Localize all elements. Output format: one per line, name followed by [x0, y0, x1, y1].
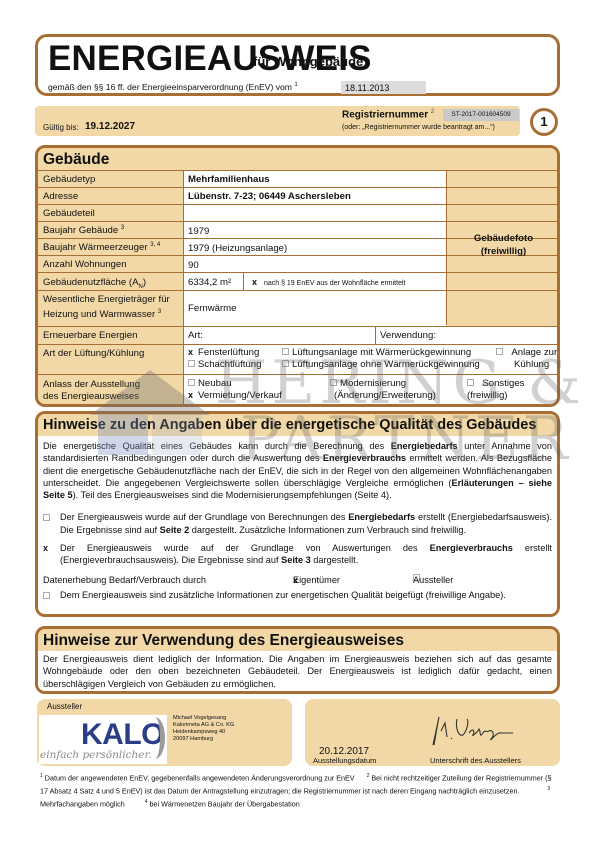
registration-bar: Gültig bis: 19.12.2027 Registriernummer … [35, 106, 520, 136]
text: dargestellt. Zusätzliche Informationen z… [189, 525, 466, 535]
row-issue-reason: Anlass der Ausstellungdes Energieausweis… [38, 374, 557, 407]
signature-box: 20.12.2017 Ausstellungsdatum Unterschrif… [305, 699, 560, 766]
option-additional-info[interactable]: Dem Energieausweis sind zusätzliche Info… [43, 589, 552, 601]
option-consumption-certificate[interactable]: xDer Energieausweis wurde auf der Grundl… [43, 542, 552, 567]
renewable-type: Art: [183, 327, 375, 344]
kalo-logo: KALO einfach persönlicher. [39, 715, 167, 764]
issuer-label: Aussteller [47, 702, 82, 711]
checkbox-unchecked[interactable] [467, 379, 474, 386]
row-label: Anlass der Ausstellungdes Energieausweis… [43, 379, 140, 403]
certificate-header: ENERGIEAUSWEIS für Wohngebäude gemäß den… [35, 34, 560, 96]
reason-options: Neubau xVermietung/Verkauf Modernisierun… [183, 375, 560, 407]
footnote-ref: 3, 4 [150, 242, 160, 248]
option-shaft-ventilation[interactable]: Schachtlüftung [188, 359, 261, 371]
checkbox-unchecked[interactable] [282, 348, 289, 355]
option-text: Anlage zur [511, 347, 557, 358]
footnote-4: bei Wärmenetzen Baujahr der Übergabestat… [149, 799, 299, 808]
option-ventilation-without-recovery[interactable]: Lüftungsanlage ohne Wärmerückgewinnung [282, 359, 480, 371]
label-text: Baujahr Gebäude [43, 225, 118, 236]
label-text: Baujahr Wärmeerzeuger [43, 242, 148, 253]
registration-number: ST-2017-001604509 [443, 109, 519, 121]
row-ventilation: Art der Lüftung/Kühlung xFensterlüftung … [38, 344, 557, 374]
option-text: Lüftungsanlage ohne Wärmerückgewinnung [292, 359, 480, 370]
issue-date-label: Ausstellungsdatum [313, 756, 376, 765]
text: Der Energieausweis wurde auf der Grundla… [60, 512, 348, 522]
registration-hint: (oder: „Registriernummer wurde beantragt… [342, 124, 495, 131]
building-photo-placeholder: Gebäudefoto(freiwillig) [446, 170, 560, 325]
photo-label: Gebäudefoto [474, 233, 533, 244]
valid-until-value: 19.12.2027 [85, 121, 135, 132]
registration-label-text: Registriernummer [342, 109, 428, 120]
quality-notes-title: Hinweise zu den Angaben über die energet… [38, 414, 557, 436]
row-label: Anzahl Wohnungen [43, 259, 127, 270]
issuer-address: Michael Vogelgesang Kalorimeta AG & Co. … [173, 715, 234, 743]
usage-notes-section: Hinweise zur Verwendung des Energieauswe… [35, 626, 560, 694]
signature-icon [425, 709, 515, 749]
row-value: Lübenstr. 7-23; 06449 Aschersleben [183, 188, 446, 204]
option-other-sub: (freiwillig) [467, 390, 508, 402]
law-reference: gemäß den §§ 16 ff. der Energieeinsparve… [48, 82, 298, 92]
row-value: Fernwärme [183, 291, 446, 326]
checkbox-checked[interactable]: x [252, 277, 259, 287]
floor-area-value: 6334,2 m² [183, 273, 243, 290]
option-text: Modernisierung [340, 378, 406, 389]
option-ventilation-with-recovery[interactable]: Lüftungsanlage mit Wärmerückgewinnung [282, 347, 471, 359]
checkbox-unchecked[interactable] [188, 360, 195, 367]
issuer-box: Aussteller KALO einfach persönlicher. Mi… [37, 699, 292, 766]
option-text: Schachtlüftung [198, 359, 261, 370]
option-text: Fensterlüftung [198, 347, 259, 358]
option-other[interactable]: Sonstiges [467, 378, 524, 390]
checkbox-unchecked[interactable] [43, 592, 50, 599]
quality-notes-body: Die energetische Qualität eines Gebäudes… [38, 436, 557, 614]
emphasis: Energiebedarfs [348, 512, 415, 522]
option-cooling-label: Kühlung [514, 359, 549, 371]
data-collection-label: Datenerhebung Bedarf/Verbrauch durch [43, 574, 206, 586]
footnote-marker: 1 [40, 773, 43, 779]
footnotes: 1 Datum der angewendeten EnEV, gegebenen… [40, 771, 560, 810]
signature-label: Unterschrift des Ausstellers [430, 756, 521, 765]
option-window-ventilation[interactable]: xFensterlüftung [188, 347, 259, 359]
certificate-subtitle: für Wohngebäude [253, 54, 363, 69]
footnote-ref: 3 [158, 309, 161, 315]
checkbox-unchecked[interactable] [330, 379, 337, 386]
data-collection-row: Datenerhebung Bedarf/Verbrauch durch xEi… [43, 574, 552, 586]
row-value [183, 205, 446, 221]
emphasis: Seite 2 [160, 525, 190, 535]
footnote-marker: 2 [367, 773, 370, 779]
label-text: Wesentliche Energieträger für [43, 294, 170, 305]
row-value: Mehrfamilienhaus [183, 171, 446, 187]
method-text: nach § 19 EnEV aus der Wohnfläche ermitt… [264, 280, 406, 287]
option-text: Lüftungsanlage mit Wärmerückgewinnung [292, 347, 471, 358]
row-label: Wesentliche Energieträger fürHeizung und… [43, 294, 170, 321]
text: Dem Energieausweis sind zusätzliche Info… [60, 590, 506, 600]
emphasis: Seite 3 [281, 555, 311, 565]
valid-until-label: Gültig bis: [43, 123, 79, 132]
row-value: 1979 [183, 222, 446, 238]
checkbox-unchecked[interactable] [282, 360, 289, 367]
label-text: Anlass der Ausstellung [43, 379, 140, 390]
address-line: Michael Vogelgesang [173, 715, 234, 722]
text: Die energetische Qualität eines Gebäudes… [43, 441, 391, 451]
label-text: des Energieausweises [43, 391, 139, 402]
option-modernization-sub: (Änderung/Erweiterung) [334, 390, 436, 402]
option-rent-sale[interactable]: xVermietung/Verkauf [188, 390, 282, 402]
building-section-title: Gebäude [38, 148, 557, 170]
emphasis: Energiebedarfs [391, 441, 458, 451]
footnote-marker: 3 [547, 786, 550, 792]
page-number-badge: 1 [530, 108, 558, 136]
ventilation-options: xFensterlüftung Lüftungsanlage mit Wärme… [183, 345, 560, 374]
text: Der Energieausweis wurde auf der Grundla… [60, 543, 430, 553]
row-label: Art der Lüftung/Kühlung [43, 348, 144, 359]
law-text: gemäß den §§ 16 ff. der Energieeinsparve… [48, 82, 292, 92]
checkbox-unchecked[interactable] [496, 348, 503, 355]
option-modernization[interactable]: Modernisierung [330, 378, 406, 390]
emphasis: Energieverbrauchs [323, 453, 406, 463]
option-text: Neubau [198, 378, 232, 389]
row-value: 1979 (Heizungsanlage) [183, 239, 446, 255]
text: dargestellt. [311, 555, 359, 565]
row-label: Adresse [43, 191, 78, 202]
label-text: Heizung und Warmwasser [43, 309, 155, 320]
footnote-ref: 1 [294, 82, 297, 88]
checkbox-checked[interactable]: x [43, 542, 50, 554]
address-line: Heidenkampsweg 40 [173, 729, 234, 736]
usage-notes-body: Der Energieausweis dient lediglich der I… [38, 651, 557, 691]
row-label: Gebäudenutzfläche (AN) [43, 277, 146, 290]
law-date-field: 18.11.2013 [341, 81, 426, 94]
logo-slogan: einfach persönlicher. [40, 749, 152, 761]
footnote-1: Datum der angewendeten EnEV, gegebenenfa… [45, 773, 355, 782]
option-text: Aussteller [413, 574, 453, 586]
row-label: Baujahr Gebäude 3 [43, 225, 124, 236]
footnote-3: Mehrfachangaben möglich [40, 799, 125, 808]
checkbox-checked[interactable]: x [188, 390, 195, 402]
building-section: Gebäude Gebäudetyp Mehrfamilienhaus Adre… [35, 145, 560, 407]
option-demand-certificate[interactable]: Der Energieausweis wurde auf der Grundla… [43, 511, 552, 536]
footnote-ref: 3 [121, 225, 124, 231]
label-text: Gebäudenutzfläche (A [43, 277, 138, 288]
text: ). Teil des Energieausweises sind die Mo… [73, 490, 392, 500]
registration-label: Registriernummer 2 [342, 109, 434, 120]
row-label: Erneuerbare Energien [43, 330, 137, 341]
checkbox-unchecked[interactable] [188, 379, 195, 386]
floor-area-method: x nach § 19 EnEV aus der Wohnfläche ermi… [243, 273, 446, 290]
option-cooling-system[interactable]: Anlage zur [496, 347, 557, 359]
row-label: Baujahr Wärmeerzeuger 3, 4 [43, 242, 160, 253]
address-line: 20097 Hamburg [173, 736, 234, 743]
renewable-use: Verwendung: [375, 327, 560, 344]
row-renewable: Erneuerbare Energien Art: Verwendung: [38, 326, 557, 344]
address-line: Kalorimeta AG & Co. KG [173, 722, 234, 729]
option-text: Vermietung/Verkauf [198, 390, 282, 401]
emphasis: Energieverbrauchs [430, 543, 513, 553]
label-end: ) [143, 277, 146, 288]
photo-label-optional: (freiwillig) [481, 246, 526, 257]
option-new-building[interactable]: Neubau [188, 378, 232, 390]
row-value: 90 [183, 256, 446, 272]
quality-notes-section: Hinweise zu den Angaben über die energet… [35, 411, 560, 617]
row-label: Gebäudeteil [43, 208, 95, 219]
checkbox-unchecked[interactable] [43, 514, 50, 521]
usage-notes-title: Hinweise zur Verwendung des Energieauswe… [38, 629, 557, 651]
row-label: Gebäudetyp [43, 174, 95, 185]
footnote-marker: 4 [145, 799, 148, 805]
footnote-ref: 2 [431, 109, 434, 115]
option-text: Sonstiges [482, 378, 524, 389]
checkbox-checked[interactable]: x [188, 347, 195, 359]
intro-paragraph: Die energetische Qualität eines Gebäudes… [43, 440, 552, 501]
energy-certificate-page: ENERGIEAUSWEIS für Wohngebäude gemäß den… [0, 0, 595, 841]
option-text: Eigentümer [293, 574, 340, 586]
